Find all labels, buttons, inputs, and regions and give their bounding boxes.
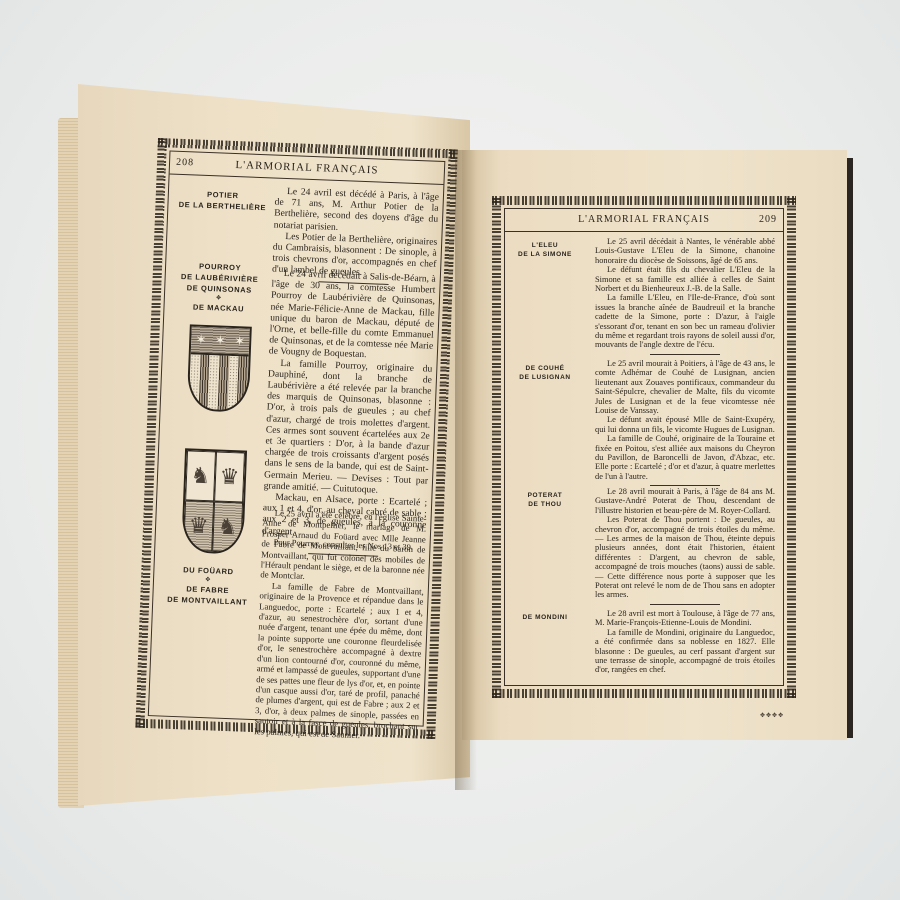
- entry-label: DU FOÜARD ✥ DE FABRE DE MONTVAILLANT: [157, 563, 259, 608]
- entry-label: POTERAT DE THOU: [507, 491, 583, 509]
- pales: [188, 354, 248, 412]
- entry-text: Le 28 avril mourait à Paris, à l'âge de …: [595, 487, 775, 609]
- label-line: DE LA BERTHELIÈRE: [179, 200, 267, 212]
- paragraph: La famille L'Eleu, en l'Ile-de-France, d…: [595, 293, 775, 349]
- entry-label: L'ELEU DE LA SIMONE: [507, 241, 583, 259]
- running-head: L'ARMORIAL FRANÇAIS 209: [505, 209, 783, 232]
- running-title: L'ARMORIAL FRANÇAIS: [170, 156, 444, 179]
- entry-label: DE MONDINI: [507, 613, 583, 622]
- crown-icon: ♛: [183, 500, 214, 551]
- ornament-border-bottom: [492, 689, 796, 698]
- entry-label: POURROY DE LAUBÉRIVIÈRE DE QUINSONAS ✥ D…: [168, 260, 270, 316]
- chief-with-stars: ✶✶✶: [191, 326, 250, 356]
- entry-text: Le 25 avril mourait à Poitiers, à l'âge …: [595, 359, 775, 490]
- ornament-border-right: [787, 196, 796, 698]
- paragraph: La famille de Mondini, originaire du Lan…: [595, 628, 775, 675]
- coat-of-arms-mackau: ♞ ♛ ♛ ♞: [181, 448, 247, 554]
- page-number: 209: [759, 214, 777, 225]
- entry-text: Le 25 avril a été célébré, en l'église S…: [254, 507, 427, 742]
- book-gutter: [455, 150, 477, 790]
- separator-rule: [650, 604, 720, 605]
- left-page: 208 L'ARMORIAL FRANÇAIS POTIER DE LA BER…: [135, 138, 457, 739]
- right-page: L'ARMORIAL FRANÇAIS 209 L'ELEU DE LA SIM…: [492, 196, 796, 698]
- entry-text: Le 28 avril est mort à Toulouse, à l'âge…: [595, 609, 775, 675]
- paragraph: Le défunt était fils du chevalier L'Eleu…: [595, 265, 775, 293]
- page-footer-ornament: ✥✥✥✥: [760, 712, 784, 719]
- text-frame: 208 L'ARMORIAL FRANÇAIS POTIER DE LA BER…: [148, 150, 446, 726]
- label-line: POURROY: [199, 262, 241, 273]
- running-title: L'ARMORIAL FRANÇAIS: [505, 214, 783, 225]
- text-frame: L'ARMORIAL FRANÇAIS 209 L'ELEU DE LA SIM…: [504, 208, 784, 686]
- label-line: L'ELEU: [532, 242, 558, 249]
- paragraph: Le 28 avril est mort à Toulouse, à l'âge…: [595, 609, 775, 628]
- paragraph: Le 25 avril a été célébré, en l'église S…: [260, 507, 427, 586]
- label-line: POTIER: [207, 190, 239, 200]
- paragraph: La famille de Couhé, originaire de la To…: [595, 434, 775, 481]
- paragraph: Le 25 avril décédait à Nantes, le vénéra…: [595, 237, 775, 265]
- label-line: DE LAUBÉRIVIÈRE: [181, 272, 259, 284]
- book-cover-edge: [847, 158, 853, 738]
- entry-label: DE COUHÉ DE LUSIGNAN: [507, 364, 583, 382]
- paragraph: Le 24 avril est décédé à Paris, à l'âge …: [274, 186, 440, 237]
- label-line: POTERAT: [528, 492, 563, 499]
- entry-text: Le 25 avril décédait à Nantes, le vénéra…: [595, 237, 775, 359]
- label-line: DE COUHÉ: [525, 365, 564, 372]
- coat-of-arms-pourroy: ✶✶✶: [187, 324, 252, 412]
- paragraph: Le 28 avril mourait à Paris, à l'âge de …: [595, 487, 775, 515]
- label-line: DE LA SIMONE: [518, 251, 572, 258]
- label-line: DE THOU: [528, 501, 561, 508]
- ornament-border-left: [492, 196, 501, 698]
- paragraph: Le 24 avril décédait à Salis-de-Béarn, à…: [269, 267, 436, 363]
- horse-icon: ♞: [185, 450, 216, 501]
- ornament-border-top: [492, 196, 796, 205]
- label-line: DE QUINSONAS: [187, 283, 252, 294]
- paragraph: La famille Pourroy, originaire du Dauphi…: [264, 357, 433, 498]
- label-line: DE LUSIGNAN: [519, 374, 570, 381]
- label-line: DU FOÜARD: [183, 565, 234, 576]
- label-line: DE MACKAU: [193, 302, 245, 313]
- crown-icon: ♛: [214, 451, 245, 502]
- paragraph: Les Poterat de Thou portent : De gueules…: [595, 515, 775, 600]
- running-head: 208 L'ARMORIAL FRANÇAIS: [170, 151, 445, 185]
- separator-rule: [650, 354, 720, 355]
- paragraph: La famille de Fabre de Montvaillant, ori…: [254, 580, 424, 742]
- paragraph: Le défunt avait épousé Mlle de Saint-Exu…: [595, 415, 775, 434]
- label-line: DE FABRE: [186, 584, 229, 595]
- paragraph: Le 25 avril mourait à Poitiers, à l'âge …: [595, 359, 775, 415]
- label-line: DE MONTVAILLANT: [167, 595, 247, 607]
- label-line: DE MONDINI: [523, 614, 568, 621]
- entry-label: POTIER DE LA BERTHELIÈRE: [172, 188, 273, 214]
- horse-icon: ♞: [212, 501, 243, 552]
